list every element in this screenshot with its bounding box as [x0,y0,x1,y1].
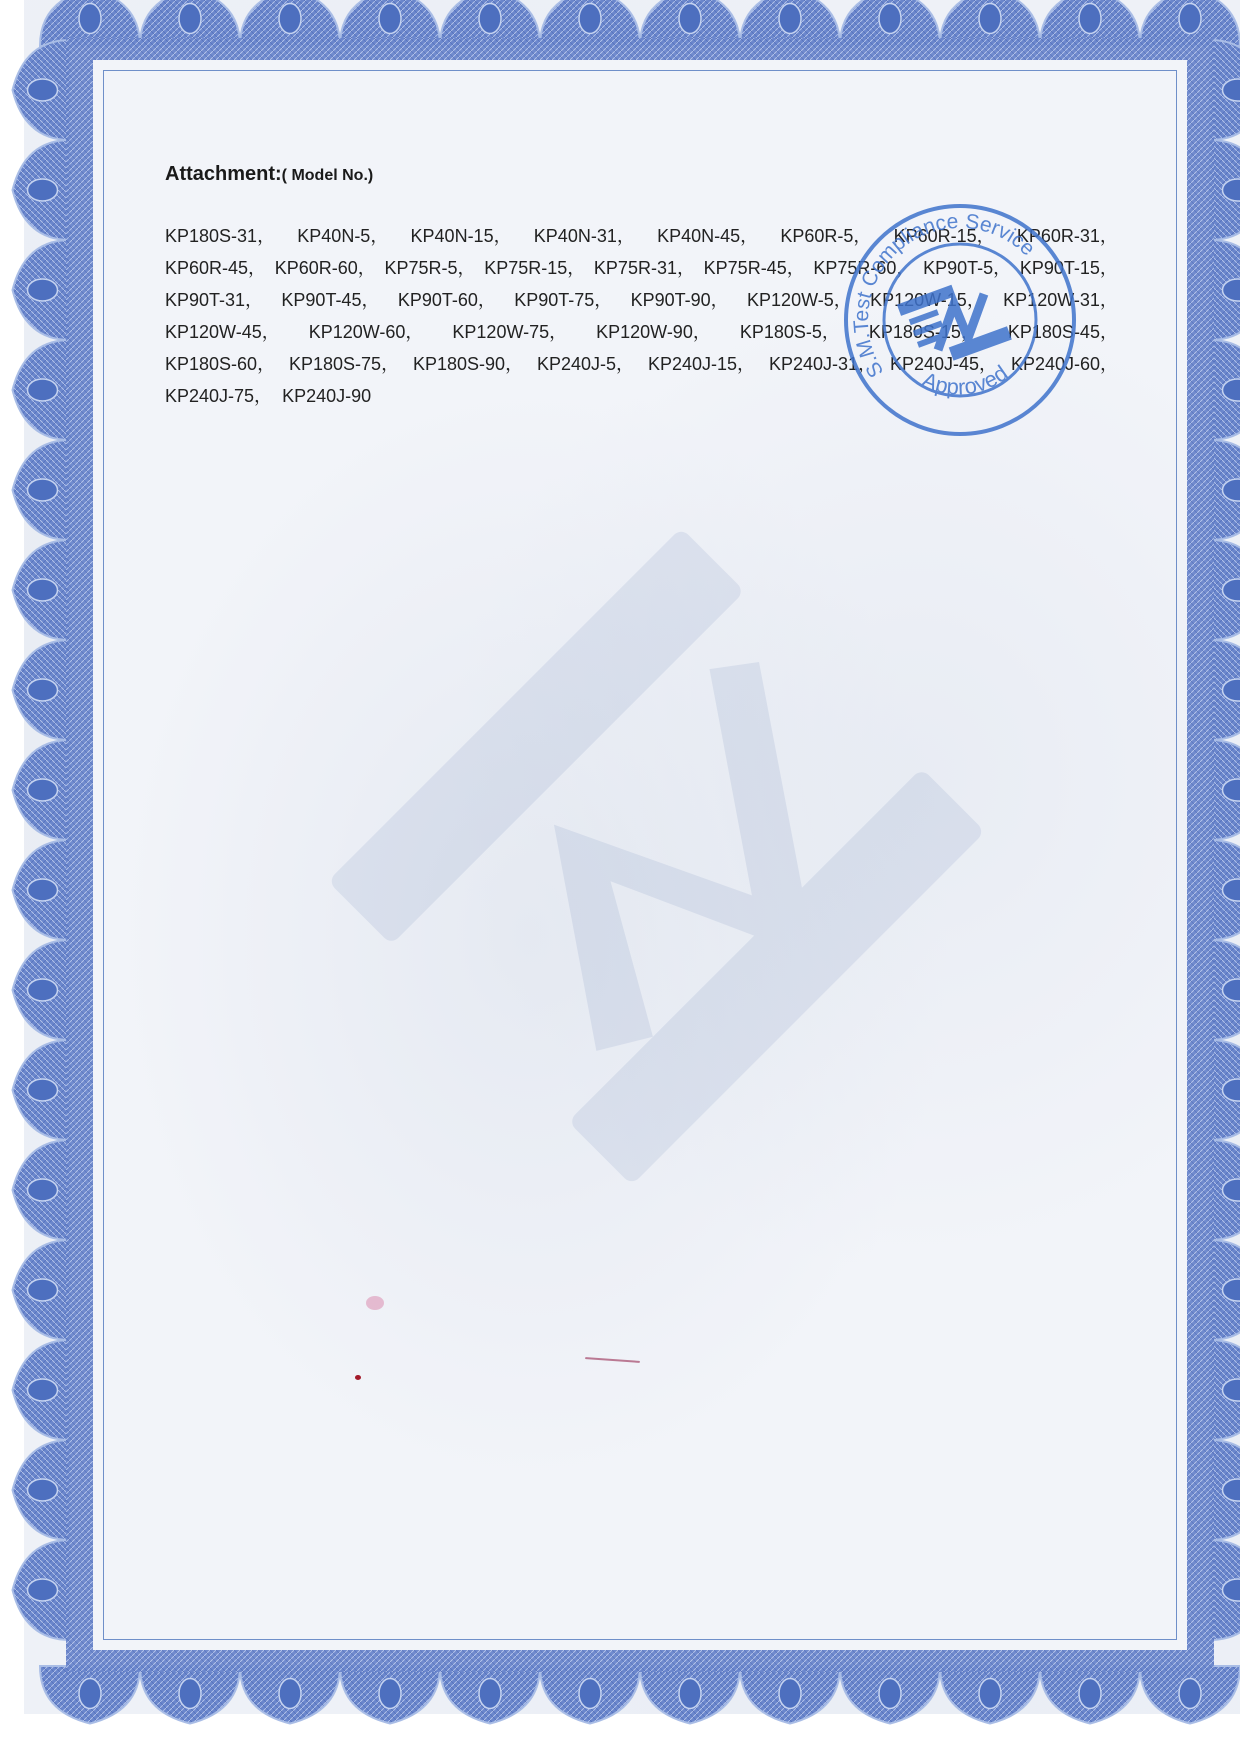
heading-title: Attachment: [165,163,282,185]
model-number: KP120W-45， [165,322,280,354]
model-number: KP180S-15， [869,322,979,354]
model-number: KP180S-90， [413,354,523,386]
model-number: KP180S-75， [289,354,399,386]
model-number: KP180S-31， [165,226,275,258]
model-number: KP75R-31， [594,258,695,290]
model-number: KP60R-31， [1017,226,1118,258]
model-line: KP90T-31，KP90T-45，KP90T-60，KP90T-75，KP90… [165,290,1118,322]
model-line: KP240J-75，KP240J-90 [165,386,1118,418]
model-number: KP240J-90 [282,386,371,418]
model-number: KP120W-31， [1003,290,1118,322]
page-heading: Attachment:( Model No.) [165,163,373,186]
model-number: KP240J-60， [1011,354,1118,386]
model-number: KP180S-60， [165,354,275,386]
model-line: KP120W-45，KP120W-60，KP120W-75，KP120W-90，… [165,322,1118,354]
model-number: KP240J-31， [769,354,876,386]
model-number: KP90T-15， [1020,258,1118,290]
model-number: KP90T-31， [165,290,263,322]
heading-subtitle: ( Model No.) [282,167,374,184]
model-number: KP75R-60， [813,258,914,290]
model-line: KP180S-31，KP40N-5，KP40N-15，KP40N-31，KP40… [165,226,1118,258]
ink-dot [355,1375,361,1380]
model-number: KP40N-5， [297,226,388,258]
model-number: KP180S-5， [740,322,840,354]
model-number: KP40N-45， [657,226,758,258]
model-number: KP90T-60， [398,290,496,322]
model-line: KP60R-45，KP60R-60，KP75R-5，KP75R-15，KP75R… [165,258,1118,290]
model-number: KP90T-90， [631,290,729,322]
model-number: KP90T-45， [281,290,379,322]
model-number: KP240J-5， [537,354,634,386]
model-number: KP40N-31， [534,226,635,258]
model-number: KP40N-15， [411,226,512,258]
model-line: KP180S-60，KP180S-75，KP180S-90，KP240J-5，K… [165,354,1118,386]
model-number: KP90T-5， [923,258,1011,290]
model-number: KP240J-45， [890,354,997,386]
model-number: KP120W-5， [747,290,852,322]
model-number: KP120W-15， [870,290,985,322]
model-number: KP75R-45， [704,258,805,290]
model-number: KP60R-60， [275,258,376,290]
model-number: KP240J-15， [648,354,755,386]
model-number: KP90T-75， [514,290,612,322]
model-number: KP75R-15， [484,258,585,290]
model-number: KP120W-75， [452,322,567,354]
model-number: KP240J-75， [165,386,272,418]
model-number: KP60R-15， [894,226,995,258]
model-number: KP60R-45， [165,258,266,290]
model-number: KP180S-45， [1008,322,1118,354]
model-number: KP120W-90， [596,322,711,354]
model-number-list: KP180S-31，KP40N-5，KP40N-15，KP40N-31，KP40… [165,226,1118,418]
model-number: KP75R-5， [384,258,475,290]
model-number: KP120W-60， [309,322,424,354]
model-number: KP60R-5， [780,226,871,258]
ink-smudge [366,1296,384,1310]
